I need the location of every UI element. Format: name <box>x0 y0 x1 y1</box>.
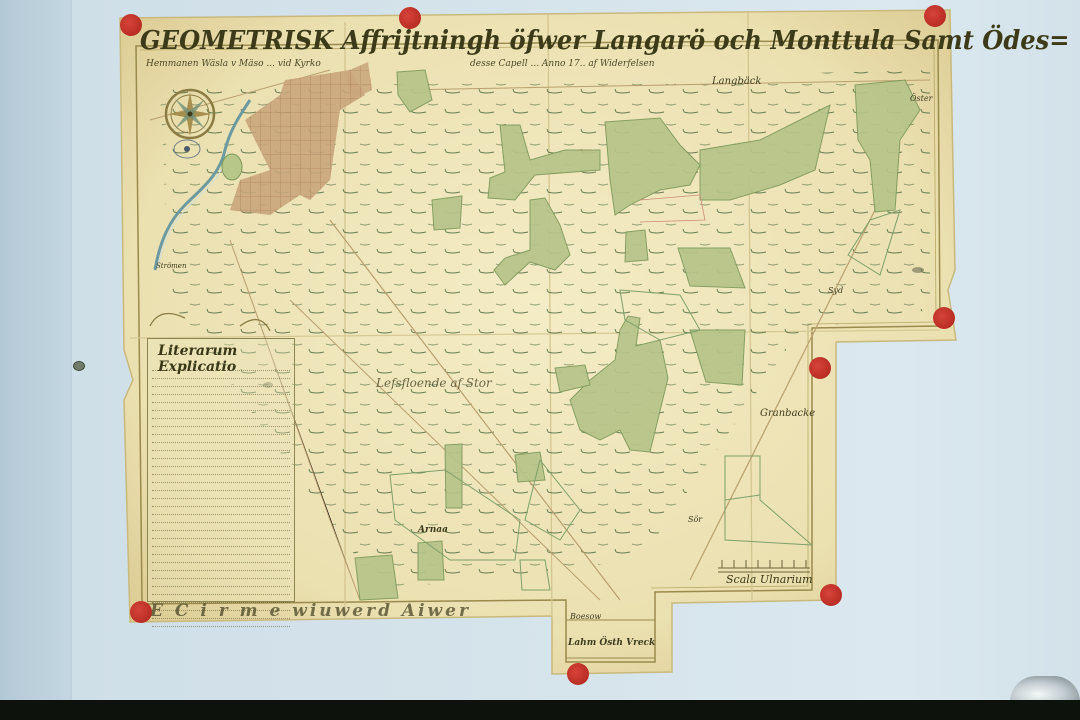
red-pin <box>820 584 842 606</box>
place-label-boesow: Boesow <box>570 612 601 621</box>
red-pin <box>399 7 421 29</box>
direction-label-syd: Syd <box>828 286 843 295</box>
place-label-river: Strömen <box>156 262 186 270</box>
map-subtitle-left: Hemmanen Wäsla v Mäso ... vid Kyrko <box>146 59 321 69</box>
map-title: GEOMETRISK Affrijtningh öfwer Langarö oc… <box>140 26 1070 56</box>
red-pin <box>130 601 152 623</box>
direction-label-sor: Sör <box>688 515 702 524</box>
red-pin <box>567 663 589 685</box>
place-label-granbacke: Granbacke <box>760 408 815 419</box>
bottom-tab-text: Lahm Östh Vreck <box>568 638 655 648</box>
place-label-langback: Langbäck <box>712 76 761 87</box>
marsh-label: Lefsfloende af Stor <box>376 376 492 390</box>
compass-rose-icon <box>166 90 214 138</box>
direction-label-oster: Öster <box>910 94 932 103</box>
bottom-margin-title: E C i r m e wiuwerd Aiwer <box>150 601 471 621</box>
legend-entries <box>152 363 290 597</box>
map-subtitle-right: desse Capell ... Anno 17.. af Widerfelse… <box>470 59 655 69</box>
red-pin <box>924 5 946 27</box>
place-label-arnaa: Arnaa <box>418 525 448 535</box>
legend-box: Literarum Explicatio <box>147 338 295 602</box>
red-pin <box>809 357 831 379</box>
red-pin <box>933 307 955 329</box>
red-pin <box>120 14 142 36</box>
scale-label: Scala Ulnarium <box>726 573 813 586</box>
